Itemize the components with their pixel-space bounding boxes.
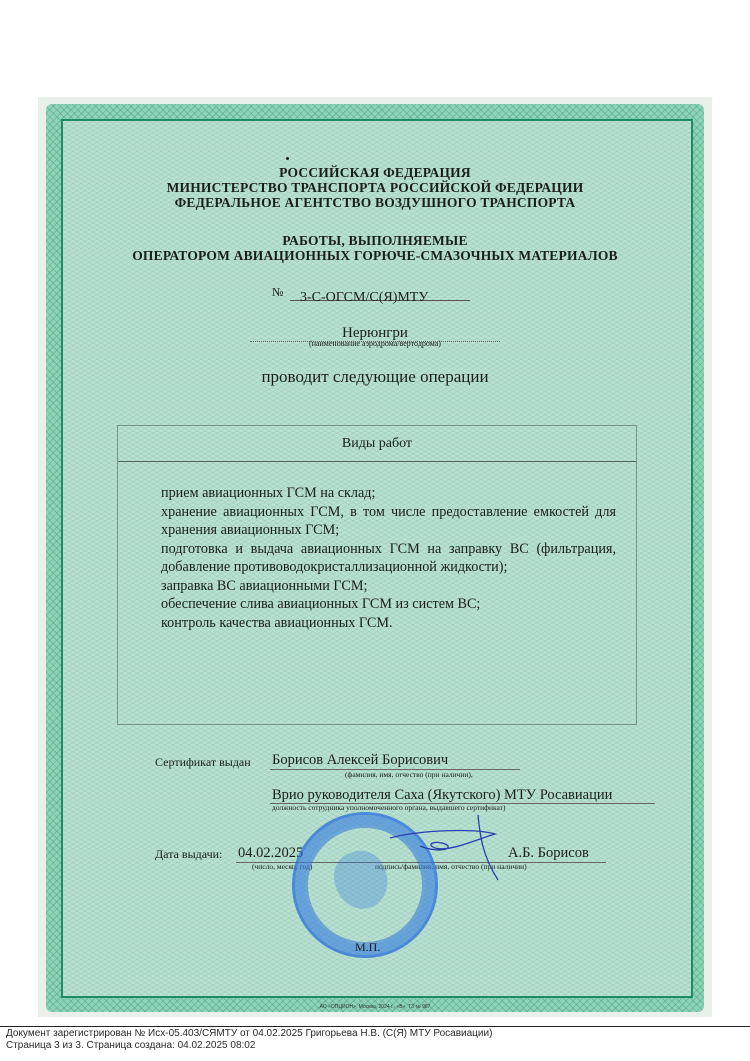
- certificate-number: 3-С-ОГСМ/С(Я)МТУ: [300, 290, 428, 306]
- works-list: прием авиационных ГСМ на склад; хранение…: [161, 484, 616, 632]
- operations-title: проводит следующие операции: [0, 367, 750, 387]
- country-heading: РОССИЙСКАЯ ФЕДЕРАЦИЯ: [0, 165, 750, 180]
- issuer-position: Врио руководителя Саха (Якутского) МТУ Р…: [272, 787, 612, 804]
- seal-label: М.П.: [355, 940, 380, 955]
- document-title-line1: РАБОТЫ, ВЫПОЛНЯЕМЫЕ: [0, 233, 750, 248]
- works-table: Виды работ прием авиационных ГСМ на скла…: [117, 425, 637, 725]
- registration-divider: [0, 1026, 750, 1027]
- issuer-name: Борисов Алексей Борисович: [272, 752, 448, 769]
- work-item: контроль качества авиационных ГСМ.: [161, 614, 616, 633]
- work-item: заправка ВС авиационными ГСМ;: [161, 577, 616, 596]
- number-label: №: [272, 285, 283, 300]
- issuer-name-caption: (фамилия, имя, отчество (при наличии),: [345, 770, 473, 779]
- signature-icon: [380, 810, 510, 885]
- signer-name: А.Б. Борисов: [508, 845, 589, 862]
- page-info-line: Страница 3 из 3. Страница создана: 04.02…: [6, 1040, 492, 1052]
- work-item: хранение авиационных ГСМ, в том числе пр…: [161, 503, 616, 540]
- document-title-line2: ОПЕРАТОРОМ АВИАЦИОННЫХ ГОРЮЧЕ-СМАЗОЧНЫХ …: [0, 248, 750, 263]
- work-item: обеспечение слива авиационных ГСМ из сис…: [161, 595, 616, 614]
- issue-date-label: Дата выдачи:: [155, 847, 222, 862]
- issued-by-label: Сертификат выдан: [155, 755, 251, 770]
- printer-mark: АО «ОПЦИОН», Москва, 2024 г., «В», Т3 № …: [0, 1004, 750, 1010]
- aerodrome-caption: (наименование аэродрома/вертодрома): [0, 339, 750, 348]
- ink-dot: [286, 157, 289, 160]
- agency-heading: ФЕДЕРАЛЬНОЕ АГЕНТСТВО ВОЗДУШНОГО ТРАНСПО…: [0, 195, 750, 210]
- ministry-heading: МИНИСТЕРСТВО ТРАНСПОРТА РОССИЙСКОЙ ФЕДЕР…: [0, 180, 750, 195]
- registration-line: Документ зарегистрирован № Исх-05.403/СЯ…: [6, 1028, 492, 1040]
- registration-stamp: Документ зарегистрирован № Исх-05.403/СЯ…: [6, 1028, 492, 1052]
- work-item: прием авиационных ГСМ на склад;: [161, 484, 616, 503]
- works-header: Виды работ: [118, 426, 636, 462]
- work-item: подготовка и выдача авиационных ГСМ на з…: [161, 540, 616, 577]
- issue-date: 04.02.2025: [238, 845, 303, 862]
